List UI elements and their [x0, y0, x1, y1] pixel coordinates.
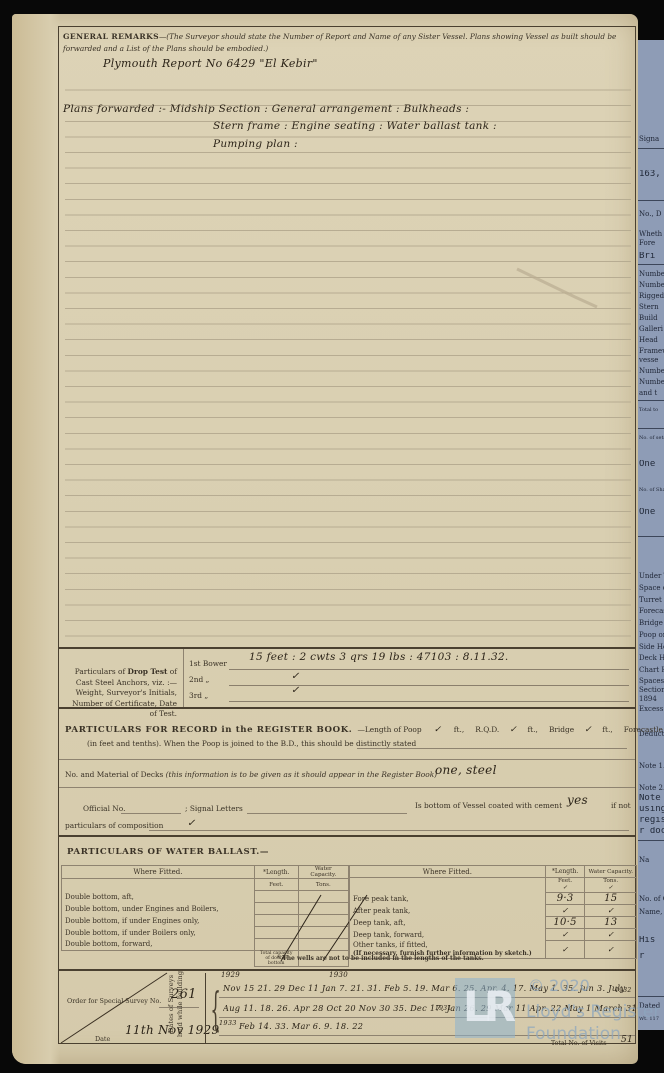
poop-length-label: —Length of Poop [358, 725, 422, 734]
drop-test-label-bold: Drop Test [128, 667, 168, 676]
survey-dates-line-3: Feb 14. 33. Mar 6. 9. 18. 22 [239, 1021, 363, 1031]
year-1929: 1929 [221, 971, 240, 979]
survey-date-label: Date [95, 1035, 110, 1043]
cement-value: yes [567, 793, 588, 807]
empty-cell [62, 879, 255, 891]
col-where-fitted: Where Fitted. [350, 866, 546, 878]
drop-test-row-3rd-value: ✓ [291, 685, 300, 696]
bridge-value: ✓ [579, 725, 597, 735]
lr-logo-glyph: LR [463, 982, 510, 1032]
bridge-label: Bridge [549, 725, 574, 734]
unit-tons: Tons.✓ [585, 878, 637, 893]
page-margin [12, 14, 60, 1064]
remarks-plans-line-1: Plans forwarded :- Midship Section : Gen… [63, 103, 469, 115]
unit-tons: Tons. [298, 879, 348, 891]
ballast-right-where: Deep tank, forward, [350, 929, 546, 941]
ballast-right-capacity: 15 [585, 893, 637, 905]
register-book-heading: PARTICULARS FOR RECORD in the REGISTER B… [65, 725, 352, 735]
ballast-left-row: Double bottom, if under Engines only, [62, 915, 255, 927]
remarks-report-line: Plymouth Report No 6429 "El Kebir" [103, 57, 318, 70]
ballast-left-row: Double bottom, under Engines and Boilers… [62, 903, 255, 915]
decks-row: No. and Material of Decks (this informat… [65, 770, 437, 779]
signal-letters-label: ; Signal Letters [185, 804, 243, 813]
ballast-right-length: 9·3 [545, 893, 585, 905]
length-header-check: ✓ [563, 885, 568, 891]
ballast-left-row: Double bottom, aft, [62, 891, 255, 903]
drop-test-row-2nd-label: 2nd „ [189, 675, 209, 684]
other-tanks-label: Other tanks, if fitted, [353, 941, 428, 949]
watermark-line-1: Lloyd's Register [526, 1002, 660, 1022]
col-where-fitted: Where Fitted. [62, 866, 255, 879]
official-no-label: Official No. [83, 804, 125, 813]
remarks-ruled-area [65, 75, 631, 643]
empty-cell [350, 878, 546, 893]
ballast-right-length: ✓ [545, 905, 585, 917]
ballast-right-capacity: ✓ [585, 929, 637, 941]
water-ballast-heading: PARTICULARS OF WATER BALLAST.— [67, 847, 269, 857]
poop-note: (in feet and tenths). When the Poop is j… [87, 739, 416, 748]
brace-glyph: { [211, 981, 221, 1037]
unit-feet: Feet. [254, 879, 298, 891]
ballast-right-capacity: ✓ [585, 905, 637, 917]
survey-report-page: GENERAL REMARKS—(The Surveyor should sta… [12, 14, 638, 1064]
watermark-line-2: Foundation [526, 1024, 621, 1044]
decks-label: No. and Material of Decks [65, 770, 163, 779]
remarks-plans-line-2: Stern frame : Engine seating : Water bal… [213, 120, 497, 132]
general-remarks-title: GENERAL REMARKS [63, 32, 159, 41]
unit-feet: Feet.✓ [545, 878, 585, 893]
empty-cell [62, 951, 255, 967]
unit-feet-label: Feet. [558, 878, 572, 884]
dates-of-surveys-label: Dates of Surveys held while building [167, 967, 185, 1041]
poop-length-value: ✓ [427, 725, 449, 735]
ballast-left-row: Double bottom, if under Boilers only, [62, 927, 255, 939]
forecastle-label: Forecastle [624, 725, 663, 734]
dates-label-line-2: held while building [176, 967, 185, 1041]
register-book-row-1: PARTICULARS FOR RECORD in the REGISTER B… [65, 717, 664, 736]
cement-label: Is bottom of Vessel coated with cement [415, 801, 562, 810]
remarks-plans-line-3: Pumping plan : [213, 138, 298, 150]
poop-ft-unit: ft., [454, 725, 464, 734]
ballast-right-where: Deep tank, aft, [350, 917, 546, 929]
decks-value: one, steel [435, 763, 497, 777]
unit-tons-label: Tons. [603, 878, 618, 884]
composition-value: ✓ [187, 818, 196, 829]
general-remarks-heading: GENERAL REMARKS—(The Surveyor should sta… [63, 31, 633, 55]
ballast-right-length: 10·5 [545, 917, 585, 929]
col-length: *Length. [254, 866, 298, 879]
rqd-label: R.Q.D. [475, 725, 499, 734]
ballast-right-capacity: ✓ [585, 941, 637, 959]
drop-test-row-3rd-label: 3rd „ [189, 691, 208, 700]
ballast-right-length: ✓ [545, 941, 585, 959]
col-capacity: Water Capacity. [298, 866, 348, 879]
ballast-left-row: Double bottom, forward, [62, 939, 255, 951]
bridge-ft-unit: ft., [602, 725, 612, 734]
lloyds-register-logo: LR [455, 978, 515, 1038]
drop-test-row-1st-value: 15 feet : 2 cwts 3 qrs 19 lbs : 47103 : … [249, 651, 509, 663]
form-frame: GENERAL REMARKS—(The Surveyor should sta… [58, 26, 636, 1044]
paper-crease-mark [515, 263, 615, 323]
capacity-header-check: ✓ [608, 885, 613, 891]
dates-label-line-1: Dates of Surveys [167, 967, 176, 1041]
ballast-right-where: Fore peak tank, [350, 893, 546, 905]
year-1933: 1933 [219, 1019, 237, 1027]
ballast-right-length: ✓ [545, 929, 585, 941]
drop-test-row-2nd-value: ✓ [291, 671, 300, 682]
if-not-label: if not [611, 801, 631, 810]
col-capacity: Water Capacity. [585, 866, 637, 878]
drop-test-row-1st-label: 1st Bower [189, 659, 227, 668]
composition-label: particulars of composition [65, 821, 163, 830]
year-1930: 1930 [329, 971, 348, 979]
order-special-survey-label: Order for Special Survey No. [67, 997, 161, 1005]
water-ballast-right-table: Where Fitted. *Length. Water Capacity. F… [349, 865, 637, 959]
rqd-value: ✓ [504, 725, 522, 735]
rqd-ft-unit: ft., [527, 725, 537, 734]
col-length: *Length. [545, 866, 585, 878]
ballast-right-capacity: 13 [585, 917, 637, 929]
total-visits-value: 51 [621, 1035, 633, 1045]
watermark-copyright: © 2020 [528, 976, 590, 995]
wells-footnote: * The wells are not to be included in th… [277, 955, 484, 962]
ballast-right-where: After peak tank, [350, 905, 546, 917]
decks-instruction: (this information is to be given as it s… [166, 770, 437, 779]
drop-test-label-pre: Particulars of [75, 667, 128, 676]
drop-test-label: Particulars of Drop Test of Cast Steel A… [67, 667, 177, 720]
